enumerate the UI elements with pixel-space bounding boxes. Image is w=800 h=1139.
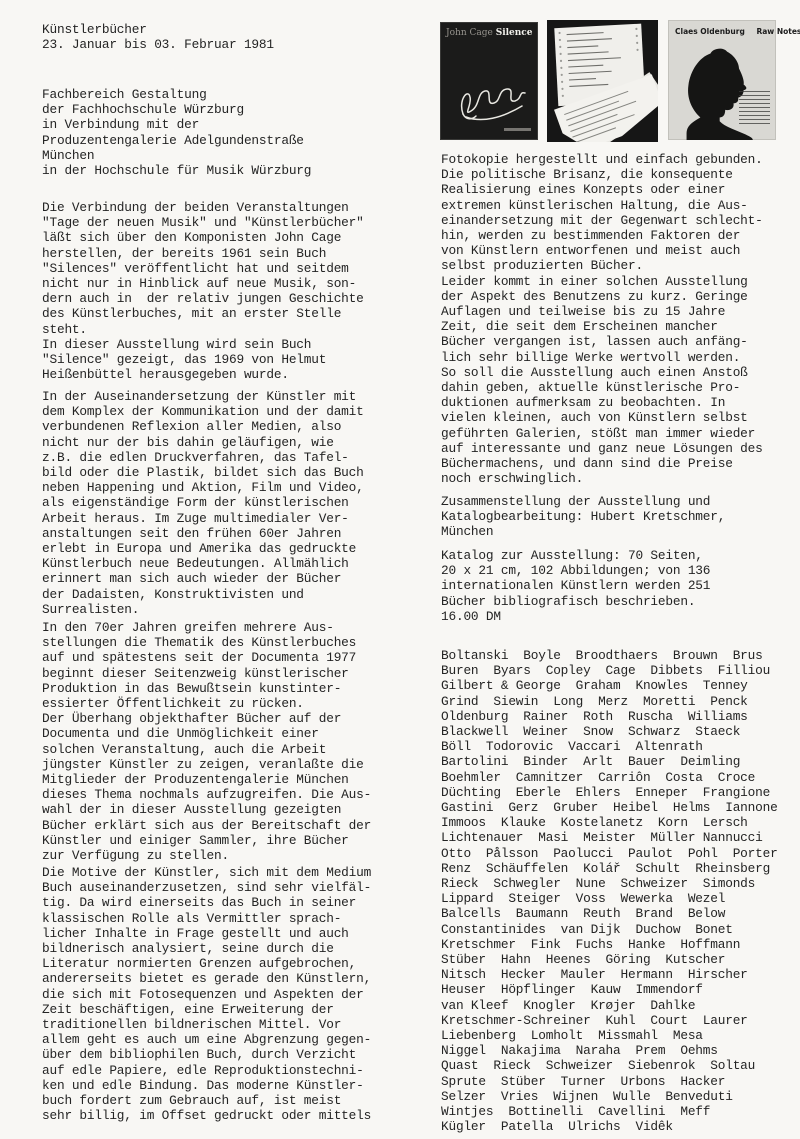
oldenburg-cover-booktitle: Raw Notes	[756, 27, 800, 36]
oldenburg-cover-fineprint	[739, 91, 770, 127]
left-column-paragraph-4: Die Motive der Künstler, sich mit dem Me…	[42, 865, 371, 1123]
oldenburg-cover-author: Claes Oldenburg	[675, 27, 745, 36]
cage-cover-fineprint	[504, 128, 531, 131]
cage-silence-cover-image: John Cage Silence	[440, 22, 538, 140]
cage-cover-title: John Cage Silence	[446, 28, 536, 38]
book-pages-graphic	[547, 20, 658, 142]
raw-notes-cover-image: Claes Oldenburg Raw Notes	[668, 20, 776, 140]
left-column-paragraph-3: In den 70er Jahren greifen mehrere Aus- …	[42, 620, 371, 863]
catalog-info: Katalog zur Ausstellung: 70 Seiten, 20 x…	[441, 548, 710, 624]
cage-cover-booktitle: Silence	[496, 28, 533, 38]
left-column-paragraph-2: In der Auseinandersetzung der Künstler m…	[42, 389, 364, 617]
page-title-and-dates: Künstlerbücher 23. Januar bis 03. Februa…	[42, 22, 274, 52]
artist-name-list: Boltanski Boyle Broodthaers Brouwn Brus …	[441, 648, 778, 1135]
left-column-paragraph-1: Die Verbindung der beiden Veranstaltunge…	[42, 200, 364, 382]
book-pages-photo	[547, 20, 658, 142]
cage-cover-author: John Cage	[446, 28, 493, 38]
cage-signature-graphic	[456, 80, 532, 124]
oldenburg-cover-title: Claes Oldenburg Raw Notes	[675, 27, 774, 36]
right-column-paragraph: Fotokopie hergestellt und einfach gebund…	[441, 152, 763, 486]
credits-text: Zusammenstellung der Ausstellung und Kat…	[441, 494, 725, 540]
organizer-block: Fachbereich Gestaltung der Fachhochschul…	[42, 87, 311, 178]
catalog-page: Künstlerbücher 23. Januar bis 03. Februa…	[0, 0, 800, 1139]
